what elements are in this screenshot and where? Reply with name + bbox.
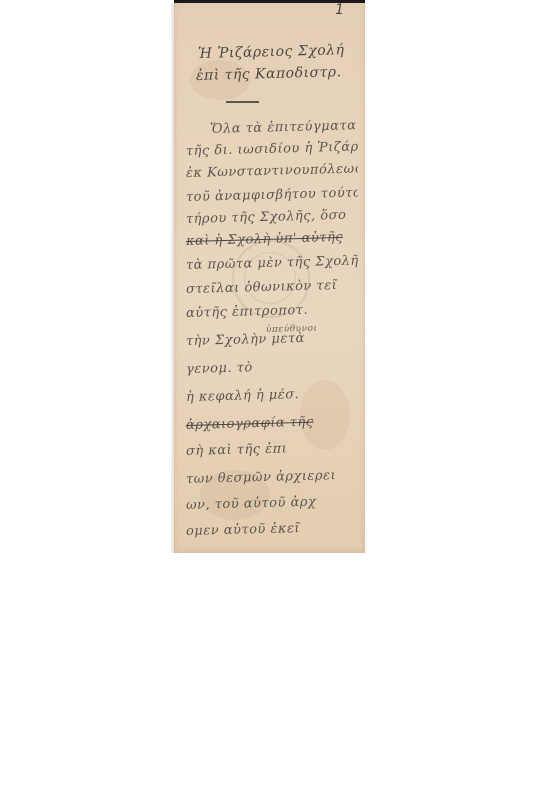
page-number: 1 <box>335 2 344 18</box>
divider-rule <box>226 101 259 103</box>
